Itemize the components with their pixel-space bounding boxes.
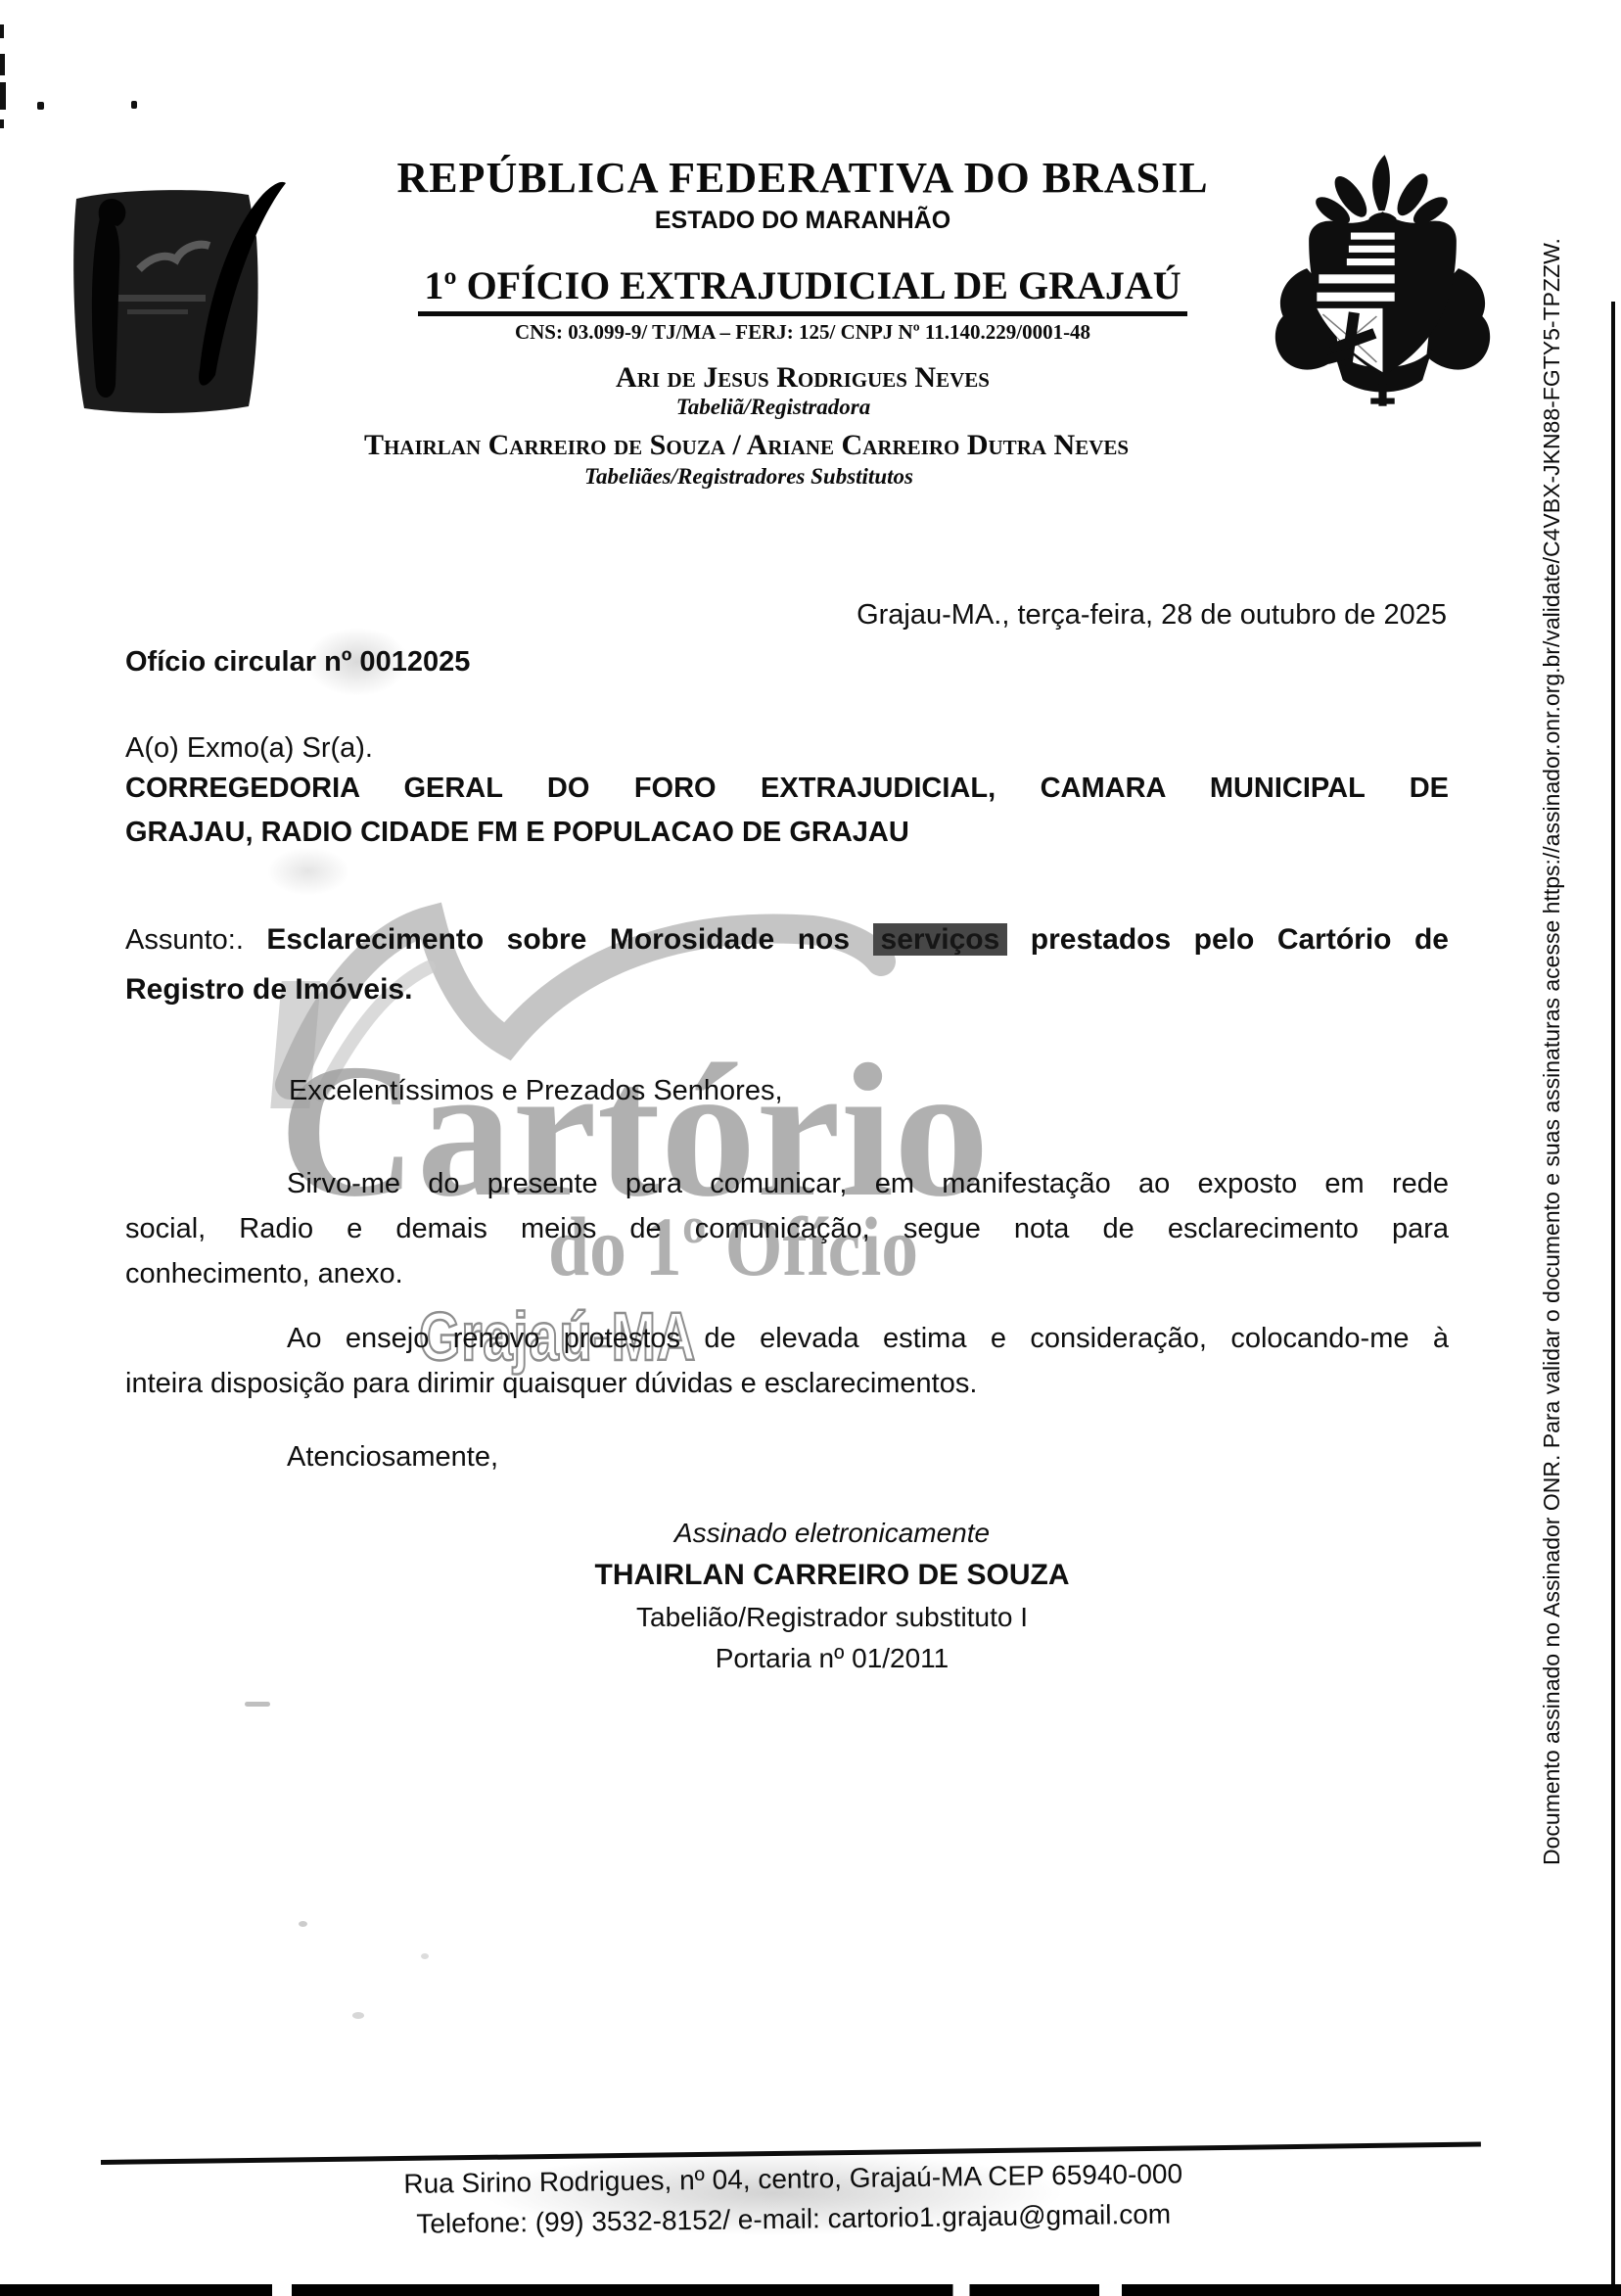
scan-edge-line bbox=[1611, 302, 1615, 2284]
scanned-document-page: Cartório do 1º Ofício Grajaú-MA bbox=[0, 0, 1621, 2296]
reference-number: Ofício circular nº 0012025 bbox=[125, 646, 470, 679]
scan-artifact bbox=[352, 2012, 364, 2019]
office-title-text: 1º OFÍCIO EXTRAJUDICIAL DE GRAJAÚ bbox=[418, 262, 1186, 316]
subject-label: Assunto:. bbox=[125, 924, 244, 956]
notary-name: Ari de Jesus Rodrigues Neves bbox=[127, 361, 1478, 395]
salutation: A(o) Exmo(a) Sr(a). bbox=[125, 732, 373, 765]
scan-artifact bbox=[0, 24, 4, 38]
signature-role: Tabelião/Registrador substituto I bbox=[392, 1602, 1273, 1633]
paragraph-line: Sirvo-me do presente para comunicar, em … bbox=[125, 1161, 1449, 1206]
signature-name: THAIRLAN CARREIRO DE SOUZA bbox=[392, 1559, 1273, 1592]
state-title: ESTADO DO MARANHÃO bbox=[127, 207, 1478, 235]
scan-artifact bbox=[299, 1921, 307, 1927]
date-line: Grajau-MA., terça-feira, 28 de outubro d… bbox=[783, 599, 1447, 632]
recipient-line-2: GRAJAU, RADIO CIDADE FM E POPULACAO DE G… bbox=[125, 817, 909, 849]
substitutes-names: Thairlan Carreiro de Souza / Ariane Carr… bbox=[83, 429, 1410, 462]
paragraph-2: Ao ensejo renovo protestos de elevada es… bbox=[125, 1316, 1449, 1406]
registry-line: CNS: 03.099-9/ TJ/MA – FERJ: 125/ CNPJ N… bbox=[127, 320, 1478, 345]
recipient-line-1: CORREGEDORIA GERAL DO FORO EXTRAJUDICIAL… bbox=[125, 773, 1449, 805]
scan-artifact bbox=[245, 1702, 270, 1707]
footer: Rua Sirino Rodrigues, nº 04, centro, Gra… bbox=[245, 2151, 1342, 2246]
scan-artifact bbox=[0, 82, 6, 110]
signature-note: Assinado eletronicamente bbox=[392, 1518, 1273, 1549]
scan-artifact bbox=[0, 54, 5, 75]
office-title: 1º OFÍCIO EXTRAJUDICIAL DE GRAJAÚ bbox=[127, 262, 1478, 316]
scan-bottom-band bbox=[0, 2284, 1621, 2296]
scan-artifact bbox=[37, 102, 44, 110]
paragraph-1: Sirvo-me do presente para comunicar, em … bbox=[125, 1161, 1449, 1296]
signature-ordinance: Portaria nº 01/2011 bbox=[392, 1643, 1273, 1674]
scan-artifact bbox=[421, 1953, 429, 1959]
scan-artifact bbox=[0, 119, 4, 128]
substitutes-role: Tabeliães/Registradores Substitutos bbox=[83, 464, 1414, 490]
subject-text-2: prestados pelo Cartório de bbox=[1031, 923, 1449, 956]
paragraph-line: social, Radio e demais meios de comunica… bbox=[125, 1206, 1449, 1251]
greeting: Excelentíssimos e Prezados Senhores, bbox=[289, 1075, 783, 1107]
paragraph-line: inteira disposição para dirimir quaisque… bbox=[125, 1361, 1449, 1406]
subject-line-1: Assunto:. Esclarecimento sobre Morosidad… bbox=[125, 923, 1449, 957]
paragraph-line: Ao ensejo renovo protestos de elevada es… bbox=[125, 1316, 1449, 1361]
subject-highlight: serviços bbox=[873, 923, 1008, 956]
scan-artifact bbox=[131, 101, 137, 109]
closing: Atenciosamente, bbox=[287, 1441, 498, 1474]
subject-text-1: Esclarecimento sobre Morosidade nos bbox=[266, 923, 850, 956]
subject-line-2: Registro de Imóveis. bbox=[125, 973, 412, 1007]
paragraph-line: conhecimento, anexo. bbox=[125, 1251, 1449, 1296]
validation-sidenote: Documento assinado no Assinador ONR. Par… bbox=[1539, 284, 1565, 1865]
notary-role: Tabeliã/Registradora bbox=[108, 395, 1439, 420]
republic-title: REPÚBLICA FEDERATIVA DO BRASIL bbox=[127, 153, 1478, 203]
